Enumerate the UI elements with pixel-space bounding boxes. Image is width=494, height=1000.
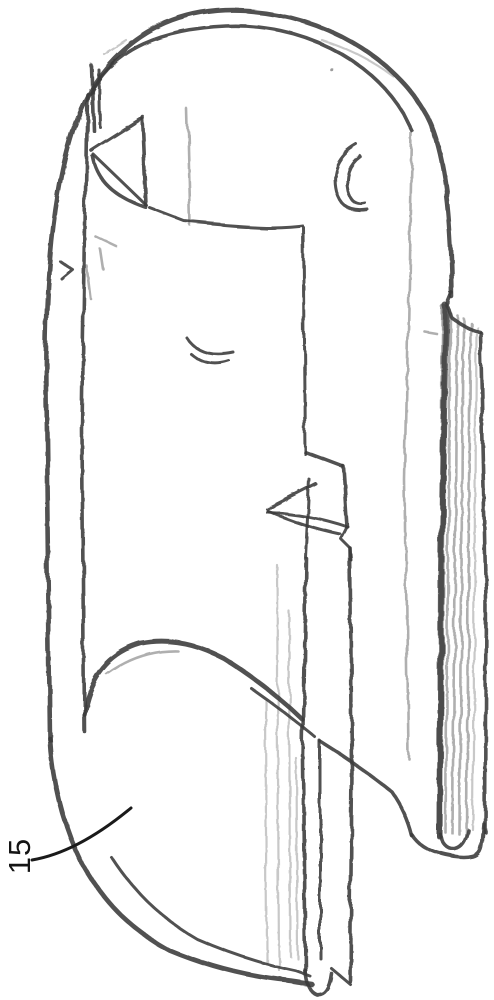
stray-dot — [329, 67, 333, 71]
outer-shell-outline — [46, 10, 453, 740]
crescent-mark — [335, 145, 368, 211]
rail-hatching — [440, 308, 476, 836]
figure-label-15: 15 — [2, 838, 37, 874]
leader-line-15 — [32, 808, 131, 860]
lower-strip — [266, 548, 352, 994]
dome-inner-arc — [90, 26, 413, 132]
panel-top-edge — [150, 208, 302, 227]
cutout-arc — [84, 642, 303, 720]
curved-tick-mark — [186, 337, 233, 363]
rail-right-edge — [480, 332, 486, 832]
body-lower-right-edge — [321, 742, 411, 835]
bottom-left-outer-rim — [50, 738, 312, 984]
housing-sketch: 15 — [0, 0, 494, 1000]
panel-seam-vertical — [303, 227, 305, 454]
patent-figure-canvas: 15 — [0, 0, 494, 1000]
top-left-clip — [60, 65, 147, 299]
mid-bracket-detail — [267, 452, 351, 560]
inner-left-edge — [82, 93, 87, 731]
inner-right-edge — [405, 134, 412, 758]
panel-left-faint-edge — [187, 109, 190, 225]
rail-top-tick — [424, 331, 436, 333]
cutout-lower-rim — [251, 688, 316, 738]
bottom-left-inner-rim — [112, 858, 310, 976]
